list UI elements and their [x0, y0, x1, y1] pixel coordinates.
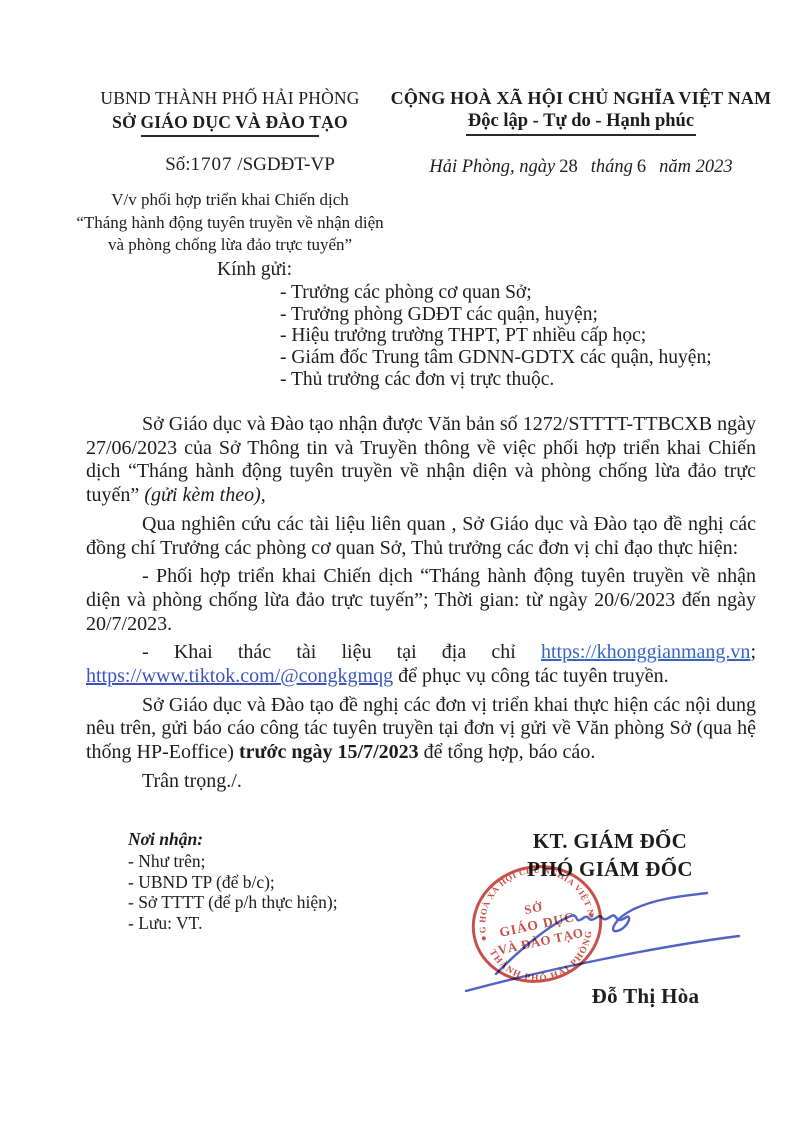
recipient-item: - Hiệu trưởng trường THPT, PT nhiều cấp … — [280, 325, 712, 347]
para-resources-post: để phục vụ công tác tuyên truyền. — [393, 665, 668, 687]
national-motto: Độc lập - Tự do - Hạnh phúc — [466, 111, 696, 136]
national-name: CỘNG HOÀ XÃ HỘI CHỦ NGHĨA VIỆT NAM — [388, 88, 774, 109]
doc-subject-line2: “Tháng hành động tuyên truyền về nhận di… — [40, 212, 420, 235]
doc-subject-line3: và phòng chống lừa đảo trực tuyến” — [40, 234, 420, 257]
para-campaign: - Phối hợp triển khai Chiến dịch “Tháng … — [86, 565, 756, 636]
official-letter-page: UBND THÀNH PHỐ HẢI PHÒNG SỞ GIÁO DỤC VÀ … — [0, 0, 806, 1147]
dateline: Hải Phòng, ngày28tháng6năm 2023 — [388, 157, 774, 178]
doc-number-line: Số:1707 /SGDĐT-VP — [60, 154, 440, 176]
para-intro-attachment-note: (gửi kèm theo), — [144, 484, 265, 506]
doc-subject-line1: V/v phối hợp triển khai Chiến dịch — [40, 189, 420, 212]
noi-nhan-block: Nơi nhận: - Như trên; - UBND TP (để b/c)… — [128, 829, 338, 933]
para-intro: Sở Giáo dục và Đào tạo nhận được Văn bản… — [86, 413, 756, 508]
closing-salute: Trân trọng./. — [86, 770, 756, 794]
recipient-item: - Trưởng phòng GDĐT các quận, huyện; — [280, 304, 712, 326]
noi-nhan-item: - Lưu: VT. — [128, 913, 338, 933]
dateline-day: 28 — [559, 157, 578, 177]
deadline-bold: trước ngày 15/7/2023 — [239, 741, 419, 763]
recipient-list: - Trưởng các phòng cơ quan Sở; - Trưởng … — [280, 282, 712, 391]
recipient-item: - Trưởng các phòng cơ quan Sở; — [280, 282, 712, 304]
noi-nhan-item: - Sở TTTT (để p/h thực hiện); — [128, 892, 338, 912]
issuer-header: UBND THÀNH PHỐ HẢI PHÒNG SỞ GIÁO DỤC VÀ … — [40, 88, 420, 257]
signer-title-kt: KT. GIÁM ĐỐC — [455, 828, 765, 856]
doc-number-label: Số: — [165, 154, 190, 175]
signature-stroke-main — [496, 893, 707, 974]
recipients-block: Kính gửi: - Trưởng các phòng cơ quan Sở;… — [217, 259, 712, 391]
resource-link-khonggianmang[interactable]: https://khonggianmang.vn — [541, 641, 750, 663]
recipient-item: - Thủ trưởng các đơn vị trực thuộc. — [280, 369, 712, 391]
link-separator: ; — [750, 641, 756, 663]
doc-number-suffix: /SGDĐT-VP — [233, 154, 335, 175]
para-reporting-post: để tổng hợp, báo cáo. — [419, 741, 596, 763]
issuer-org-name: SỞ GIÁO DỤC VÀ ĐÀO TẠO — [40, 112, 420, 133]
para-request: Qua nghiên cứu các tài liệu liên quan , … — [86, 513, 756, 560]
letter-body: Sở Giáo dục và Đào tạo nhận được Văn bản… — [86, 413, 756, 799]
salutation: Kính gửi: — [217, 259, 712, 281]
doc-subject: V/v phối hợp triển khai Chiến dịch “Thán… — [40, 189, 420, 257]
issuer-underline — [141, 135, 319, 137]
dateline-month: 6 — [637, 157, 646, 177]
resource-link-tiktok[interactable]: https://www.tiktok.com/@congkgmqg — [86, 665, 393, 687]
noi-nhan-label: Nơi nhận: — [128, 829, 338, 849]
noi-nhan-item: - Như trên; — [128, 851, 338, 871]
signer-name: Đỗ Thị Hòa — [543, 984, 748, 1009]
para-reporting: Sở Giáo dục và Đào tạo đề nghị các đơn v… — [86, 694, 756, 765]
para-resources: - Khai thác tài liệu tại địa chỉ https:/… — [86, 641, 756, 688]
dateline-month-label: tháng — [591, 157, 633, 177]
recipient-item: - Giám đốc Trung tâm GDNN-GDTX các quận,… — [280, 347, 712, 369]
national-header: CỘNG HOÀ XÃ HỘI CHỦ NGHĨA VIỆT NAM Độc l… — [388, 88, 774, 178]
doc-number-value: 1707 — [191, 154, 233, 175]
para-resources-pre: - Khai thác tài liệu tại địa chỉ — [142, 641, 541, 663]
dateline-year: năm 2023 — [659, 157, 733, 177]
dateline-place: Hải Phòng, ngày — [429, 157, 555, 177]
noi-nhan-item: - UBND TP (để b/c); — [128, 872, 338, 892]
issuer-parent-org: UBND THÀNH PHỐ HẢI PHÒNG — [40, 88, 420, 109]
